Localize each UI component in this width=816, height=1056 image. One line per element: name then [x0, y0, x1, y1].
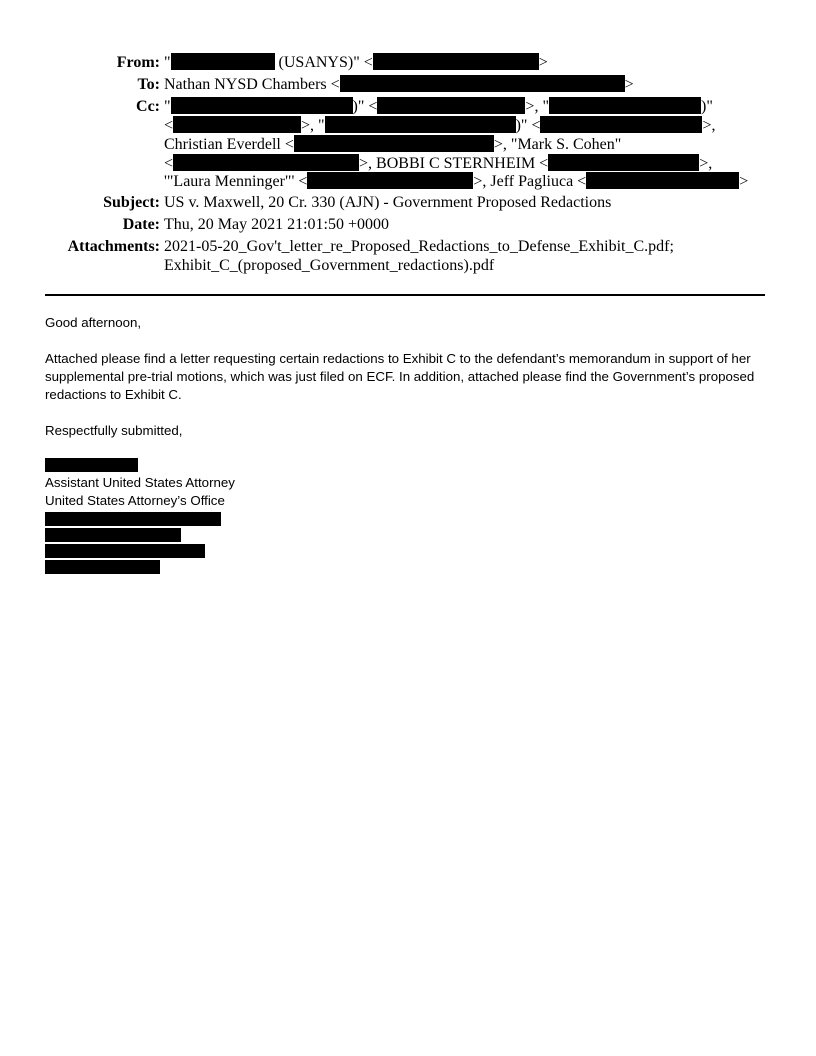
redaction-box	[373, 53, 539, 70]
from-label: From:	[117, 53, 160, 72]
redaction-box	[45, 458, 138, 472]
attachment-item[interactable]: Exhibit_C_(proposed_Government_redaction…	[164, 256, 494, 275]
body-paragraph: Attached please find a letter requesting…	[45, 350, 775, 404]
redaction-box	[294, 135, 494, 152]
redaction-box	[173, 116, 301, 133]
from-value: " (USANYS)" <>	[164, 53, 548, 72]
redaction-box	[45, 560, 160, 574]
cc-line-3: Christian Everdell <>, "Mark S. Cohen"	[164, 135, 621, 154]
redaction-box	[325, 116, 516, 133]
redaction-box	[586, 172, 739, 189]
attachments-label: Attachments:	[68, 237, 160, 256]
redaction-box	[548, 154, 699, 171]
redaction-box	[45, 528, 181, 542]
cc-line-5: '"Laura Menninger"' <>, Jeff Pagliuca <>	[164, 172, 748, 191]
subject-label: Subject:	[103, 193, 160, 212]
header-divider	[45, 294, 765, 296]
greeting: Good afternoon,	[45, 314, 775, 332]
cc-line-2: <>, ")" <>,	[164, 116, 716, 135]
to-label: To:	[137, 75, 160, 94]
redaction-box	[171, 97, 353, 114]
redaction-box	[540, 116, 702, 133]
subject-value: US v. Maxwell, 20 Cr. 330 (AJN) - Govern…	[164, 193, 611, 212]
redaction-box	[171, 53, 275, 70]
redaction-box	[549, 97, 701, 114]
redaction-box	[307, 172, 473, 189]
to-value: Nathan NYSD Chambers <>	[164, 75, 634, 94]
cc-label: Cc:	[136, 97, 160, 116]
redaction-box	[340, 75, 625, 92]
cc-line-1: ")" <>, ")"	[164, 97, 713, 116]
signature-block: Assistant United States Attorney United …	[45, 458, 775, 574]
date-value: Thu, 20 May 2021 21:01:50 +0000	[164, 215, 389, 234]
redaction-box	[173, 154, 359, 171]
closing: Respectfully submitted,	[45, 422, 775, 440]
redaction-box	[45, 544, 205, 558]
redaction-box	[377, 97, 525, 114]
cc-line-4: <>, BOBBI C STERNHEIM <>,	[164, 154, 712, 173]
signature-title: Assistant United States Attorney	[45, 474, 775, 492]
attachment-item[interactable]: 2021-05-20_Gov't_letter_re_Proposed_Reda…	[164, 237, 674, 256]
email-body: Good afternoon, Attached please find a l…	[45, 314, 775, 576]
redaction-box	[45, 512, 221, 526]
signature-office: United States Attorney’s Office	[45, 492, 775, 510]
date-label: Date:	[123, 215, 160, 234]
